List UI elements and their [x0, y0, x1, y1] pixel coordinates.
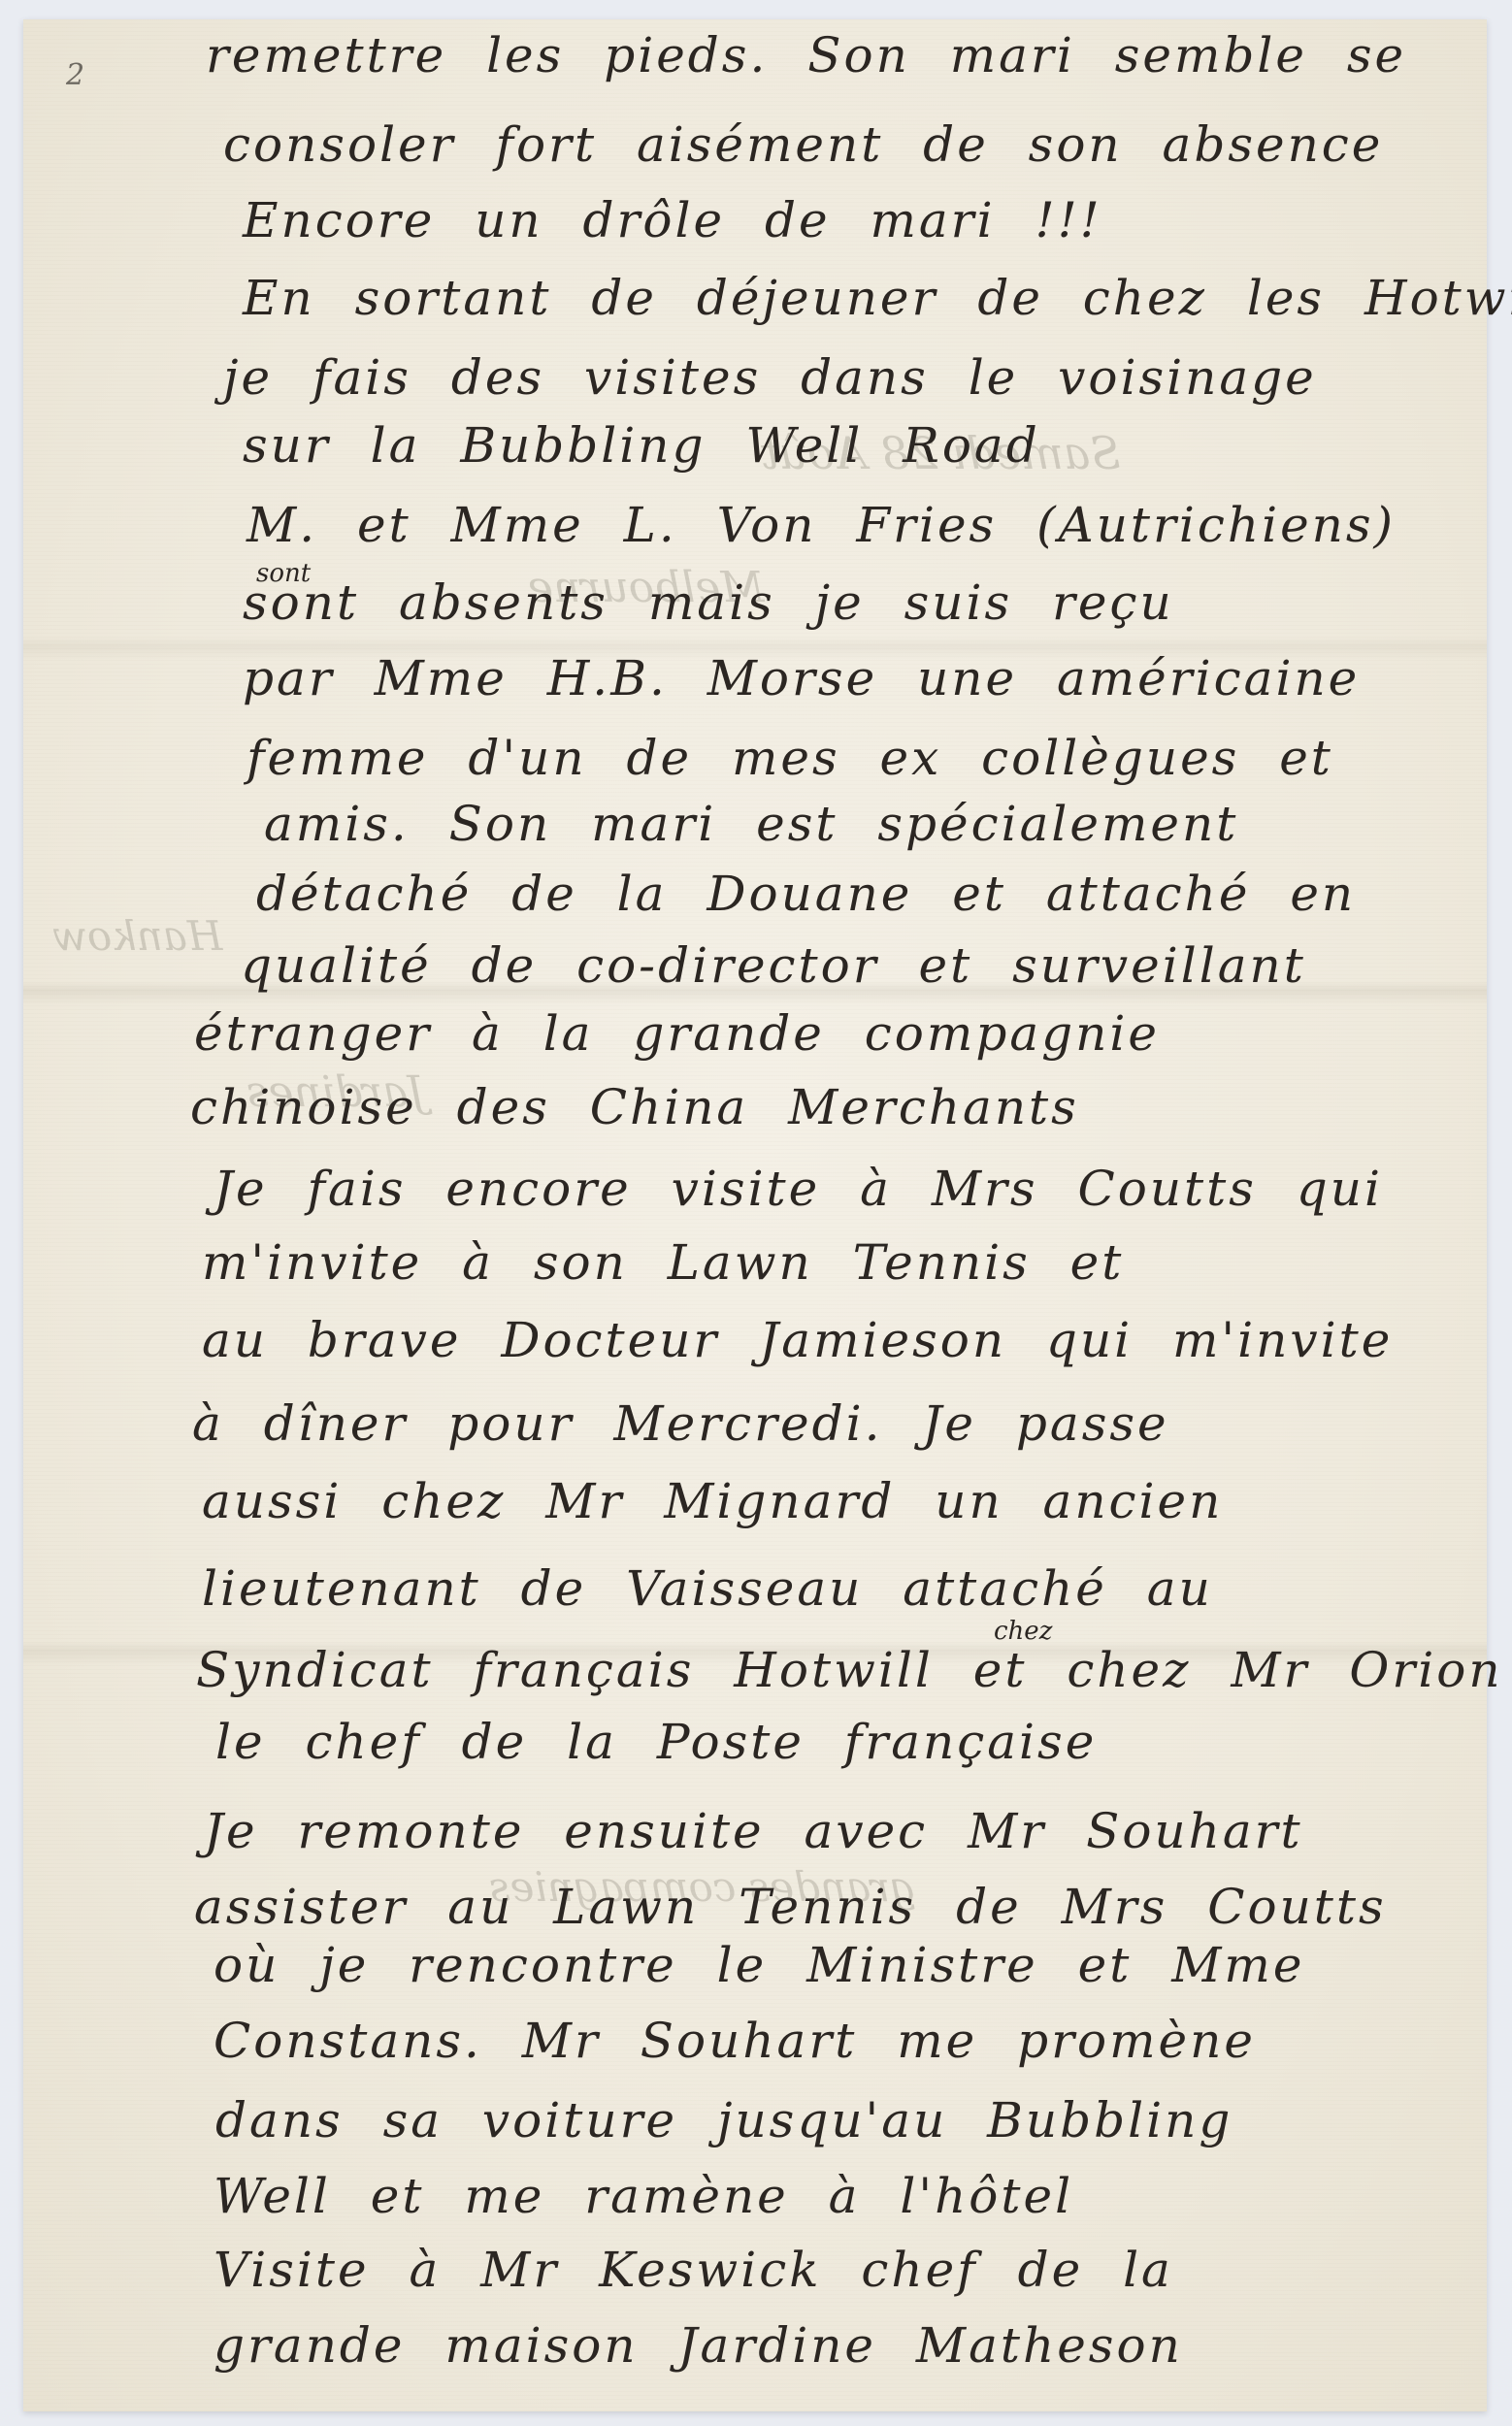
interlinear-insertion: chez [994, 1617, 1052, 1646]
text-line: remettre les pieds. Son mari semble se [206, 27, 1406, 83]
text-line: En sortant de déjeuner de chez les Hotwi… [243, 270, 1512, 326]
text-line: m'invite à son Lawn Tennis et [202, 1234, 1124, 1291]
text-line: à dîner pour Mercredi. Je passe [192, 1395, 1169, 1452]
text-line: Encore un drôle de mari !!! [243, 192, 1102, 248]
text-line: Visite à Mr Keswick chef de la [214, 2242, 1173, 2298]
text-line: étranger à la grande compagnie [194, 1005, 1160, 1062]
text-line: assister au Lawn Tennis de Mrs Coutts [194, 1879, 1387, 1935]
text-line: Je remonte ensuite avec Mr Souhart [204, 1803, 1303, 1859]
text-line: sont absents mais je suis reçu [243, 574, 1174, 631]
text-line: amis. Son mari est spécialement [264, 796, 1238, 852]
text-line: au brave Docteur Jamieson qui m'invite [202, 1312, 1393, 1368]
text-line: sur la Bubbling Well Road [243, 417, 1040, 474]
text-line: Je fais encore visite à Mrs Coutts qui [214, 1161, 1383, 1217]
text-line: où je rencontre le Ministre et Mme [214, 1937, 1304, 1993]
text-line: grande maison Jardine Matheson [214, 2317, 1183, 2374]
text-line: lieutenant de Vaisseau attaché au [202, 1560, 1213, 1617]
text-line: femme d'un de mes ex collègues et [247, 730, 1333, 786]
text-line: détaché de la Douane et attaché en [256, 866, 1356, 922]
text-line: aussi chez Mr Mignard un ancien [202, 1473, 1223, 1529]
text-line: consoler fort aisément de son absence [223, 116, 1383, 173]
text-line: le chef de la Poste française [215, 1714, 1097, 1770]
letter-body: remettre les pieds. Son mari semble se c… [23, 19, 1487, 2411]
text-line: Well et me ramène à l'hôtel [214, 2168, 1073, 2224]
interlinear-insertion: sont [256, 559, 311, 588]
letter-page: 2 Samedi 28 Août Melbourne Hankow Jardin… [23, 19, 1487, 2411]
text-line: M. et Mme L. Von Fries (Autrichiens) [247, 497, 1396, 553]
text-line: Syndicat français Hotwill et chez Mr Ori… [196, 1642, 1503, 1698]
text-line: je fais des visites dans le voisinage [223, 349, 1317, 406]
text-line: qualité de co-director et surveillant [241, 937, 1306, 994]
text-line: chinoise des China Merchants [190, 1079, 1079, 1135]
text-line: Constans. Mr Souhart me promène [214, 2013, 1256, 2069]
text-line: dans sa voiture jusqu'au Bubbling [215, 2092, 1233, 2148]
text-line: par Mme H.B. Morse une américaine [243, 650, 1360, 706]
